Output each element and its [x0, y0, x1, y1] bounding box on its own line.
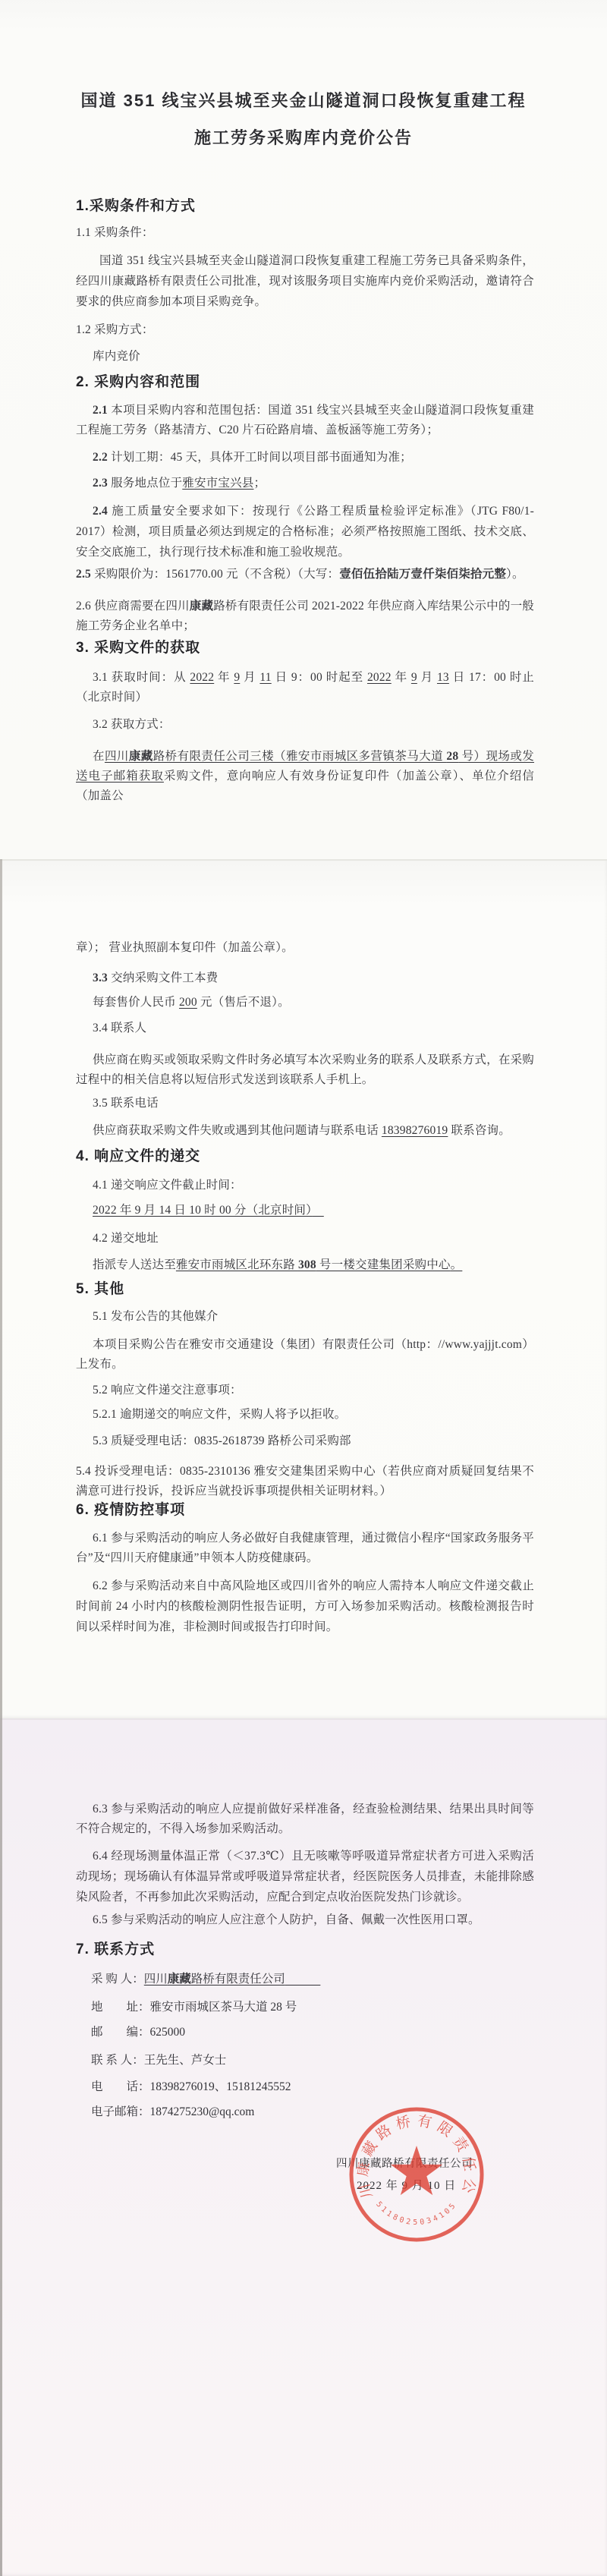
text-segment: 5.1 发布公告的其他媒介 [93, 1310, 218, 1323]
text-segment: 3.4 联系人 [93, 1022, 146, 1034]
text-segment: 康藏 [168, 1973, 191, 1986]
section-heading-3: 3. 采购文件的获取 [76, 638, 534, 659]
text-segment: 联系咨询。 [448, 1124, 511, 1137]
text-segment: 。 [451, 1258, 463, 1271]
text-segment: 18398276019、15181245552 [150, 2080, 291, 2093]
text-segment: 库内竞价 [93, 350, 140, 363]
text-segment: 年 [392, 671, 411, 684]
para-3-3: 每套售价人民币 200 元（售后不退）。 [76, 993, 534, 1012]
section-heading-5: 5. 其他 [76, 1279, 534, 1300]
text-segment: 2022 年 9 月 14 日 10 时 00 分（北京时间） [93, 1204, 312, 1217]
text-segment: 联 系 人： [91, 2054, 144, 2067]
text-segment: 雅安市雨城区北环东路 [176, 1258, 298, 1271]
para-1-1: 国道 351 线宝兴县城至夹金山隧道洞口段恢复重建工程施工劳务已具备采购条件，经… [76, 250, 534, 312]
text-segment: 章）； 营业执照副本复印件（加盖公章）。 [76, 941, 294, 954]
scanned-document: 国道 351 线宝兴县城至夹金山隧道洞口段恢复重建工程 施工劳务采购库内竞价公告… [0, 0, 607, 2576]
item-1-2-label: 1.2 采购方式： [76, 320, 534, 340]
text-segment: 18398276019 [382, 1124, 448, 1137]
doc-title-line2: 施工劳务采购库内竞价公告 [0, 127, 607, 150]
text-segment [285, 1973, 321, 1986]
text-segment: 5.2.1 逾期递交的响应文件，采购人将予以拒收。 [93, 1408, 346, 1421]
item-3-3-label: 3.3 交纳采购文件工本费 [76, 968, 534, 988]
item-4-2-label: 4.2 递交地址 [76, 1229, 534, 1249]
text-segment: 6.5 参与采购活动的响应人应注意个人防护，自备、佩戴一次性医用口罩。 [93, 1913, 480, 1926]
text-segment: 康藏 [190, 600, 213, 613]
para-2-6: 2.6 供应商需要在四川康藏路桥有限责任公司 2021-2022 年供应商入库结… [76, 597, 534, 636]
item-1-1-label: 1.1 采购条件： [76, 223, 534, 243]
doc-title-line1: 国道 351 线宝兴县城至夹金山隧道洞口段恢复重建工程 [0, 90, 607, 112]
text-segment: 5.3 质疑受理电话：0835-2618739 路桥公司采购部 [93, 1434, 351, 1447]
text-segment: 2.6 供应商需要在四川 [76, 600, 190, 613]
text-segment: 月 [417, 671, 437, 684]
contact-buyer: 采 购 人：四川康藏路桥有限责任公司 [91, 1970, 516, 1989]
item-5-2-label: 5.2 响应文件递交注意事项： [76, 1381, 534, 1400]
para-3-2: 在四川康藏路桥有限责任公司三楼（雅安市雨城区多营镇茶马大道 28 号）现场或发送… [76, 747, 534, 806]
text-segment: 2.3 [93, 477, 111, 490]
text-segment: 年 [214, 671, 234, 684]
para-4-1: 2022 年 9 月 14 日 10 时 00 分（北京时间） [76, 1201, 534, 1220]
text-segment: 电 话： [91, 2080, 150, 2093]
text-segment: 在 [93, 750, 105, 763]
text-segment: 2022 [190, 671, 214, 684]
text-segment: 6.2 参与采购活动来自中高风险地区或四川省外的响应人需持本人响应文件递交截止时… [76, 1579, 534, 1633]
page-1: 国道 351 线宝兴县城至夹金山隧道洞口段恢复重建工程 施工劳务采购库内竞价公告… [0, 0, 607, 859]
para-6-5: 6.5 参与采购活动的响应人应注意个人防护，自备、佩戴一次性医用口罩。 [76, 1910, 534, 1930]
text-segment: ）。 [506, 568, 524, 581]
text-segment: 7. 联系方式 [76, 1941, 155, 1957]
para-6-4: 6.4 经现场测量体温正常（＜37.3℃）且无咳嗽等呼吸道异常症状者方可进入采购… [76, 1846, 534, 1907]
item-4-1-label: 4.1 递交响应文件截止时间： [76, 1176, 534, 1195]
text-segment: 2.2 [93, 451, 111, 464]
text-segment: 2.5 [76, 568, 94, 581]
text-segment: 3.5 联系电话 [93, 1097, 159, 1110]
text-segment: 元（售后不退）。 [197, 996, 290, 1009]
contact-person: 联 系 人：王先生、芦女士 [91, 2051, 516, 2071]
text-segment: 2. 采购内容和范围 [76, 374, 200, 390]
para-2-1: 2.1 本项目采购内容和范围包括：国道 351 线宝兴县城至夹金山隧道洞口段恢复… [76, 401, 534, 440]
text-segment: 采 购 人： [91, 1973, 144, 1986]
scan-left-edge [0, 859, 2, 2576]
text-segment: 200 [179, 996, 197, 1009]
text-segment: 路桥有限责任公司三楼（雅安市雨城区多营镇茶马大道 [153, 750, 447, 763]
text-segment: 3.3 [93, 972, 111, 984]
text-segment: 3.2 获取方式： [93, 718, 171, 731]
seal-star-icon [391, 2146, 442, 2195]
para-5-2-1: 5.2.1 逾期递交的响应文件，采购人将予以拒收。 [76, 1405, 534, 1425]
para-3-2-continued: 章）； 营业执照副本复印件（加盖公章）。 [76, 938, 534, 958]
text-segment: 四川 [144, 1973, 168, 1986]
para-2-2: 2.2 计划工期：45 天，具体开工时间以项目部书面通知为准； [76, 448, 534, 468]
text-segment: 邮 编： [91, 2026, 150, 2039]
text-segment: 雅安市宝兴县 [182, 477, 253, 490]
text-segment: 4.2 递交地址 [93, 1232, 159, 1245]
text-segment: 6.3 参与采购活动的响应人应提前做好采样准备，经查验检测结果、结果出具时间等不… [76, 1803, 534, 1835]
para-6-3: 6.3 参与采购活动的响应人应提前做好采样准备，经查验检测结果、结果出具时间等不… [76, 1800, 534, 1839]
text-segment: 每套售价人民币 [93, 996, 179, 1009]
section-heading-1: 1.采购条件和方式 [76, 196, 534, 217]
text-segment: 四川 [105, 750, 129, 763]
contact-phone: 电 话：18398276019、15181245552 [91, 2077, 516, 2097]
section-heading-2: 2. 采购内容和范围 [76, 372, 534, 393]
item-5-1-label: 5.1 发布公告的其他媒介 [76, 1307, 534, 1327]
para-3-1: 3.1 获取时间：从 2022 年 9 月 11 日 9：00 时起至 2022… [76, 668, 534, 707]
text-segment: 号一楼交建集团采购中心 [316, 1258, 451, 1271]
para-5-1: 本项目采购公告在雅安市交通建设（集团）有限责任公司（http：//www.yaj… [76, 1335, 534, 1375]
text-segment: 供应商在购买或领取采购文件时务必填写本次采购业务的联系人及联系方式，在采购过程中… [76, 1053, 534, 1086]
text-segment: 雅安市雨城区茶马大道 28 号 [150, 2001, 297, 2014]
item-3-4-label: 3.4 联系人 [76, 1019, 534, 1038]
para-2-4: 2.4 施工质量安全要求如下：按现行《公路工程质量检验评定标准》（JTG F80… [76, 501, 534, 562]
para-4-2: 指派专人送达至雅安市雨城区北环东路 308 号一楼交建集团采购中心。 [76, 1255, 534, 1275]
text-segment: 壹佰伍拾陆万壹仟柒佰柒拾元整 [339, 568, 506, 581]
text-segment: 6. 疫情防控事项 [76, 1502, 185, 1518]
para-5-4: 5.4 投诉受理电话：0835-2310136 雅安交建集团采购中心（若供应商对… [76, 1462, 534, 1501]
para-3-4: 供应商在购买或领取采购文件时务必填写本次采购业务的联系人及联系方式，在采购过程中… [76, 1050, 534, 1090]
text-segment: 2.4 [93, 505, 112, 518]
text-segment: 6.1 参与采购活动的响应人务必做好自我健康管理，通过微信小程序“国家政务服务平… [76, 1532, 534, 1564]
text-segment: 5.2 响应文件递交注意事项： [93, 1384, 242, 1397]
text-segment: 13 [437, 671, 449, 684]
text-segment: 9 [411, 671, 417, 684]
text-segment: 服务地点位于 [111, 477, 182, 490]
text-segment: 1874275230@qq.com [150, 2105, 255, 2118]
text-segment: 电子邮箱： [91, 2105, 150, 2118]
official-seal: 四川康藏路桥有限责任公司 5118025034105 [344, 2102, 489, 2247]
text-segment: 施工质量安全要求如下：按现行《公路工程质量检验评定标准》（JTG F80/1-2… [76, 505, 534, 559]
item-3-5-label: 3.5 联系电话 [76, 1094, 534, 1113]
para-2-5: 2.5 采购限价为：1561770.00 元（不含税）（大写：壹佰伍拾陆万壹仟柒… [76, 565, 534, 584]
contact-zipcode: 邮 编：625000 [91, 2023, 516, 2042]
section-heading-7: 7. 联系方式 [76, 1939, 534, 1960]
text-segment: 计划工期：45 天，具体开工时间以项目部书面通知为准； [111, 451, 412, 464]
text-segment: ； [253, 477, 266, 490]
text-segment: 地 址： [91, 2001, 150, 2014]
text-segment: 308 [298, 1258, 316, 1271]
text-segment: 1.2 采购方式： [76, 323, 154, 336]
text-segment: 采购限价为：1561770.00 元（不含税）（大写： [94, 568, 339, 581]
section-heading-4: 4. 响应文件的递交 [76, 1146, 534, 1167]
text-segment: 11 [259, 671, 271, 684]
text-segment: 3. 采购文件的获取 [76, 640, 200, 656]
text-segment: 4.1 递交响应文件截止时间： [93, 1179, 242, 1192]
text-segment: 5.4 投诉受理电话：0835-2310136 雅安交建集团采购中心（若供应商对… [76, 1465, 534, 1497]
text-segment: 月 [240, 671, 259, 684]
text-segment: 1.采购条件和方式 [76, 198, 196, 214]
text-segment: 国道 351 线宝兴县城至夹金山隧道洞口段恢复重建工程施工劳务已具备采购条件，经… [76, 254, 534, 308]
para-6-2: 6.2 参与采购活动来自中高风险地区或四川省外的响应人需持本人响应文件递交截止时… [76, 1576, 534, 1637]
text-segment: 3.1 获取时间：从 [93, 671, 190, 684]
seal-code-text: 5118025034105 [374, 2200, 458, 2227]
text-segment: 6.4 经现场测量体温正常（＜37.3℃）且无咳嗽等呼吸道异常症状者方可进入采购… [76, 1850, 534, 1904]
text-segment: 2022 [367, 671, 392, 684]
text-segment [312, 1204, 324, 1217]
para-1-2: 库内竞价 [76, 347, 534, 367]
text-segment: 康藏 [129, 750, 153, 763]
text-segment: 4. 响应文件的递交 [76, 1148, 200, 1164]
text-segment: 供应商获取采购文件失败或遇到其他问题请与联系电话 [93, 1124, 382, 1137]
text-segment: 王先生、芦女士 [144, 2054, 227, 2067]
text-segment: 625000 [150, 2026, 186, 2039]
text-segment: 日 9：00 时起至 [272, 671, 367, 684]
page-3: 6.3 参与采购活动的响应人应提前做好采样准备，经查验检测结果、结果出具时间等不… [0, 1718, 607, 2576]
text-segment: 本项目采购公告在雅安市交通建设（集团）有限责任公司（http：//www.yaj… [76, 1338, 534, 1371]
text-segment: 路桥有限责任公司 [191, 1973, 285, 1986]
text-segment: 2.1 [93, 404, 111, 417]
text-segment: 28 [446, 750, 458, 763]
text-segment: 交纳采购文件工本费 [111, 972, 218, 984]
text-segment: 1.1 采购条件： [76, 226, 154, 239]
contact-address: 地 址：雅安市雨城区茶马大道 28 号 [91, 1998, 516, 2017]
para-3-5: 供应商获取采购文件失败或遇到其他问题请与联系电话 18398276019 联系咨… [76, 1121, 534, 1141]
para-5-3: 5.3 质疑受理电话：0835-2618739 路桥公司采购部 [76, 1431, 534, 1451]
section-heading-6: 6. 疫情防控事项 [76, 1500, 534, 1521]
item-3-2-label: 3.2 获取方式： [76, 715, 534, 735]
text-segment: 本项目采购内容和范围包括：国道 351 线宝兴县城至夹金山隧道洞口段恢复重建工程… [76, 404, 534, 436]
official-seal-graphic: 四川康藏路桥有限责任公司 5118025034105 [344, 2102, 489, 2247]
page-2: 章）； 营业执照副本复印件（加盖公章）。 3.3 交纳采购文件工本费 每套售价人… [0, 859, 607, 1720]
para-2-3: 2.3 服务地点位于雅安市宝兴县； [76, 474, 534, 493]
text-segment: 5. 其他 [76, 1281, 124, 1297]
para-6-1: 6.1 参与采购活动的响应人务必做好自我健康管理，通过微信小程序“国家政务服务平… [76, 1529, 534, 1568]
text-segment: 指派专人送达至 [93, 1258, 176, 1271]
